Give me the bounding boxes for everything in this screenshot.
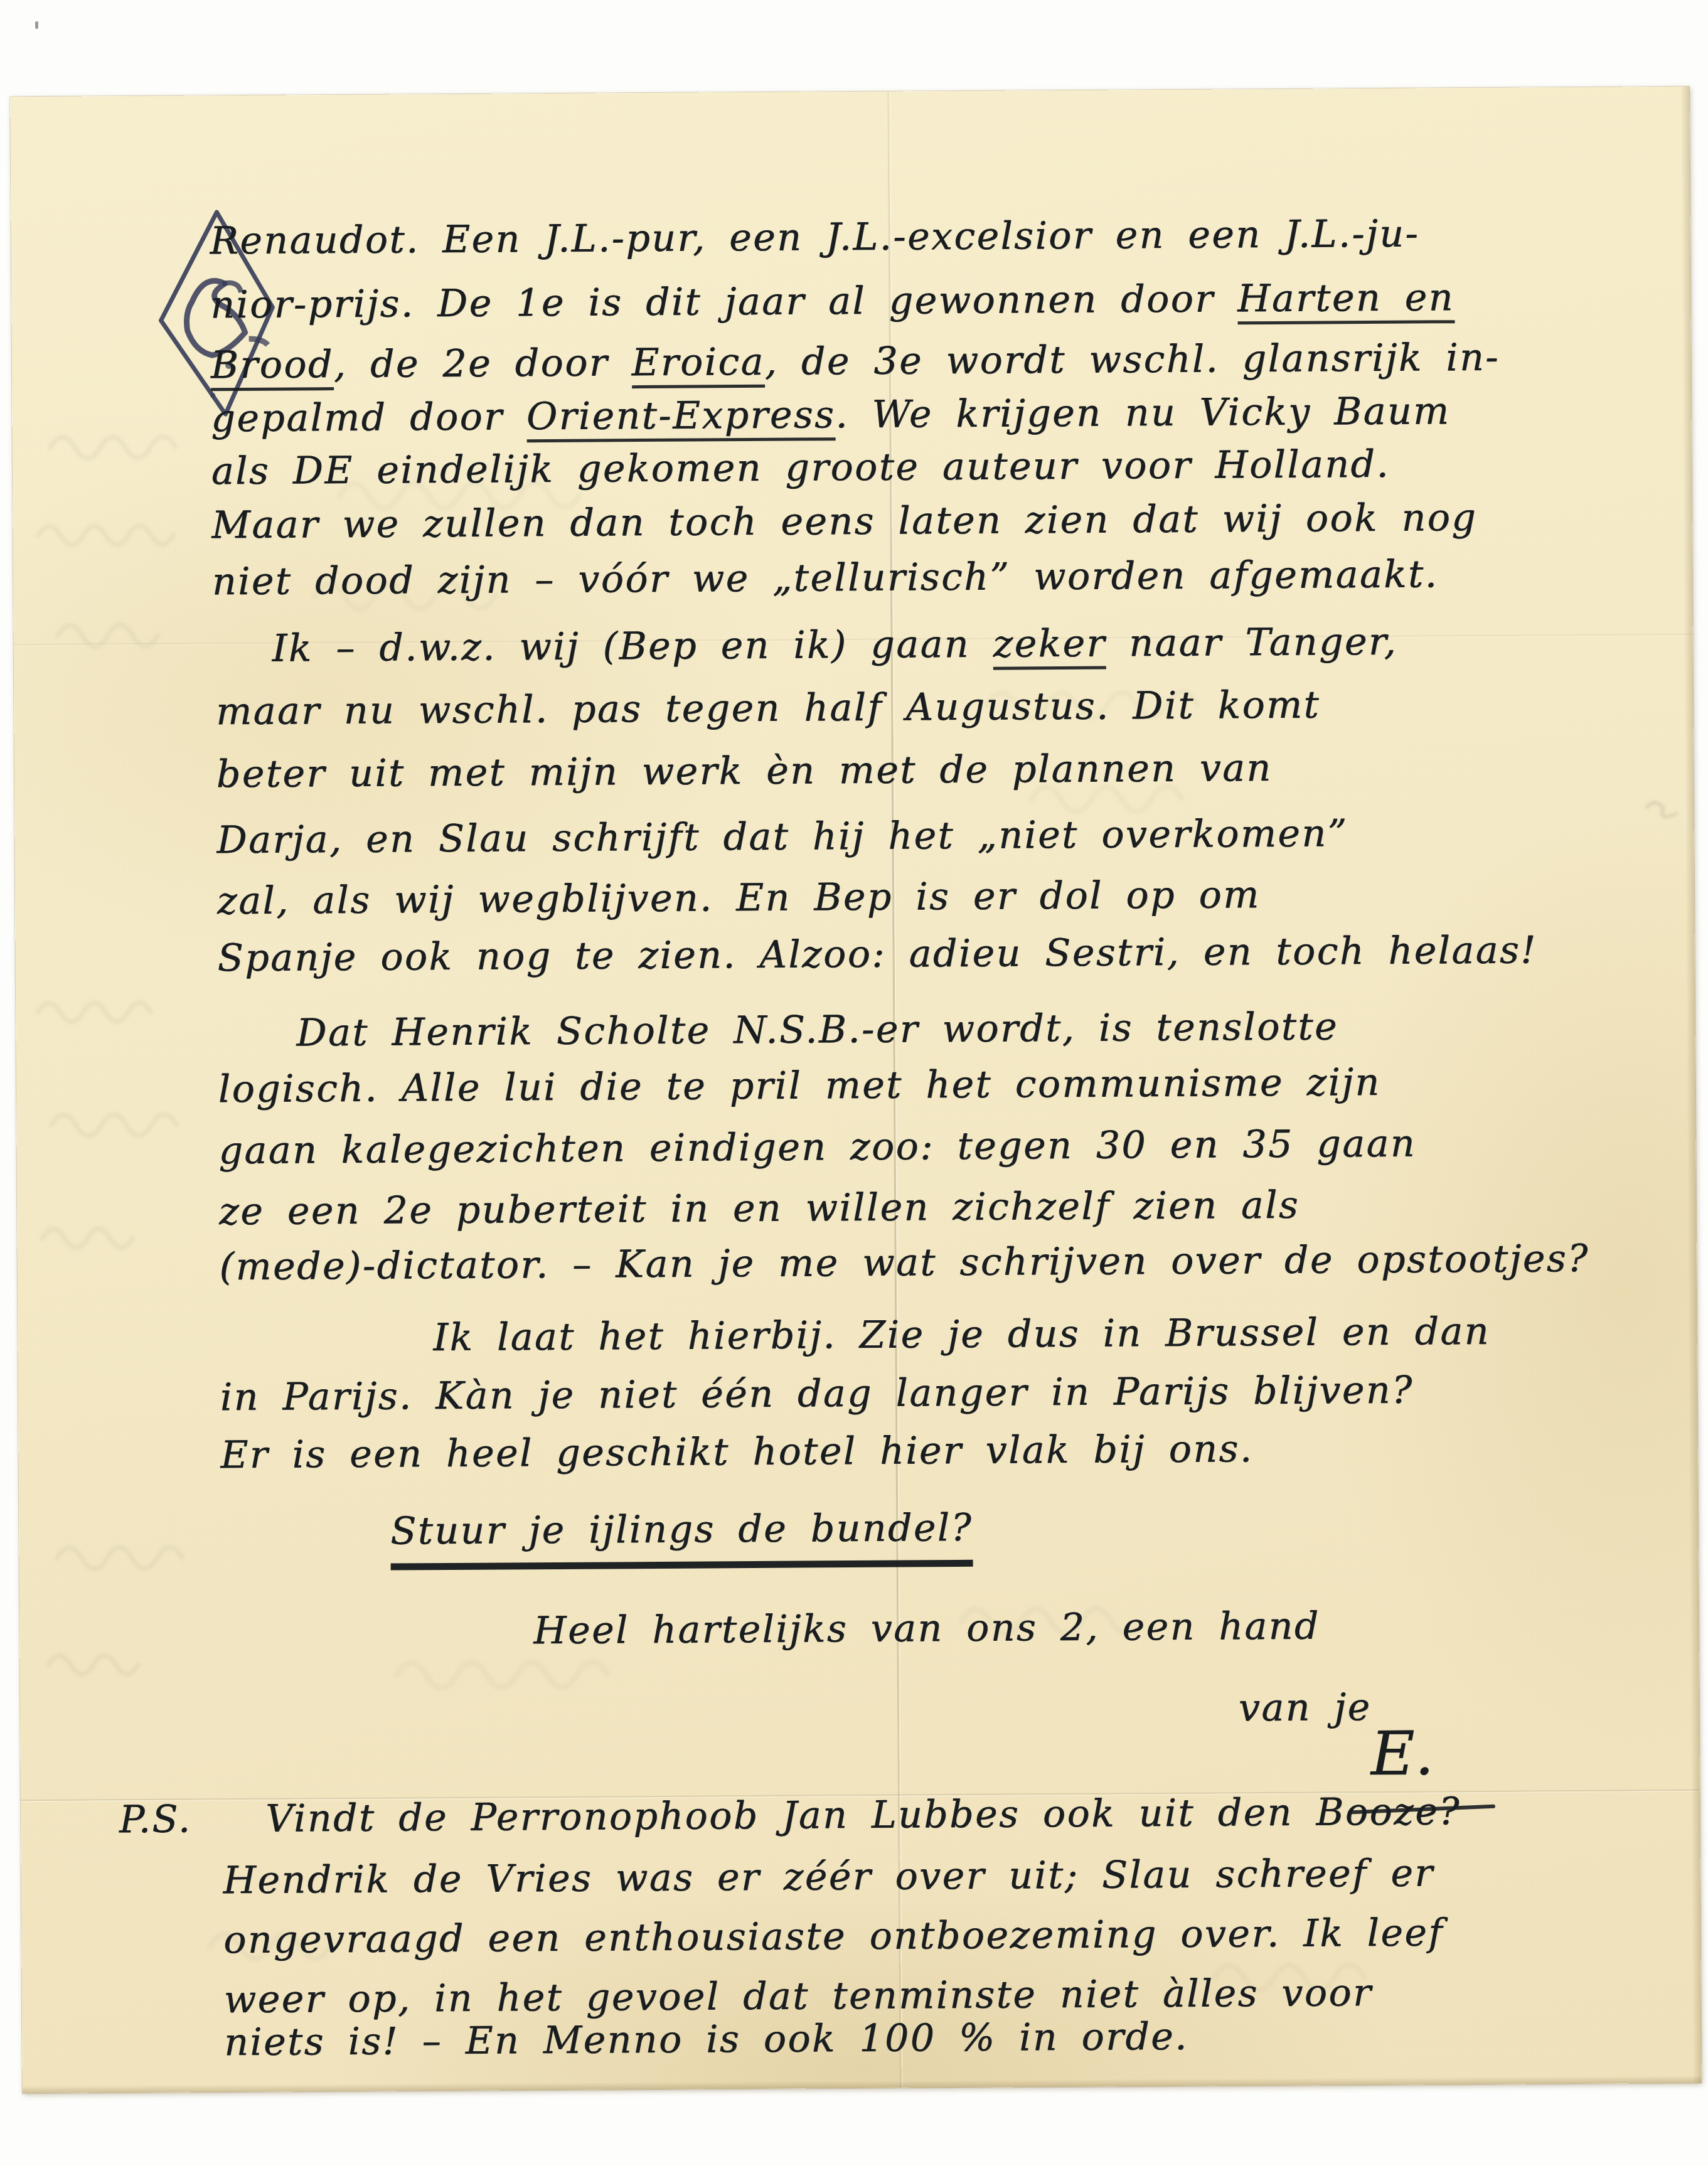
closing-line: van je xyxy=(1239,1685,1372,1730)
line-text: maar nu wschl. pas tegen half Augustus. … xyxy=(216,683,1320,734)
line-text: , de 2e door xyxy=(334,341,632,387)
handwritten-line: Renaudot. Een J.L.-pur, een J.L.-excelsi… xyxy=(210,211,1420,263)
line-text: E. xyxy=(1370,1718,1434,1789)
line-text: Ik laat het hierbij. Zie je dus in Bruss… xyxy=(433,1310,1490,1360)
line-text: . We krijgen nu Vicky Baum xyxy=(835,389,1451,437)
paper-edge-shadow-right xyxy=(1680,87,1701,2083)
handwritten-line: logisch. Alle lui die te pril met het co… xyxy=(218,1060,1381,1111)
line-text: gaan kalegezichten eindigen zoo: tegen 3… xyxy=(218,1122,1416,1173)
handwritten-line: Spanje ook nog te zien. Alzoo: adieu Ses… xyxy=(217,928,1537,980)
line-text: niets is! – En Menno is ook 100 % in ord… xyxy=(224,2015,1188,2064)
line-text: niet dood zijn – vóór we „tellurisch” wo… xyxy=(212,552,1439,604)
line-text: Heel hartelijks van ons 2, een hand xyxy=(533,1604,1320,1653)
handwritten-line: Er is een heel geschikt hotel hier vlak … xyxy=(220,1427,1253,1477)
line-text: Hendrik de Vries was er zéér over uit; S… xyxy=(223,1851,1434,1902)
line-text: beter uit met mijn werk èn met de planne… xyxy=(216,746,1273,796)
handwritten-line: gepalmd door Orient-Express. We krijgen … xyxy=(211,389,1451,440)
line-text: als DE eindelijk gekomen groote auteur v… xyxy=(211,442,1390,493)
underlined-word: zeker xyxy=(993,622,1106,670)
postscript-line: weer op, in het gevoel dat tenminste nie… xyxy=(224,1971,1373,2022)
handwritten-line: ze een 2e puberteit in en willen zichzel… xyxy=(219,1183,1300,1234)
postscript-line: ongevraagd een enthousiaste ontboezeming… xyxy=(223,1911,1444,1962)
paper-edge-shadow-bottom xyxy=(23,2076,1702,2093)
letter-paper: Renaudot. Een J.L.-pur, een J.L.-excelsi… xyxy=(10,87,1701,2093)
handwritten-line: (mede)-dictator. – Kan je me wat schrijv… xyxy=(219,1237,1589,1289)
handwritten-line: Ik laat het hierbij. Zie je dus in Bruss… xyxy=(433,1310,1490,1360)
underlined-title: Brood xyxy=(211,343,334,391)
line-text: ongevraagd een enthousiaste ontboezeming… xyxy=(223,1911,1444,1962)
postscript-line: Hendrik de Vries was er zéér over uit; S… xyxy=(223,1851,1434,1902)
line-text: logisch. Alle lui die te pril met het co… xyxy=(218,1060,1381,1111)
scan-speck xyxy=(35,21,38,29)
handwritten-line: Ik – d.w.z. wij (Bep en ik) gaan zeker n… xyxy=(272,620,1397,671)
underlined-title: Eroica xyxy=(631,340,765,388)
handwritten-line: maar nu wschl. pas tegen half Augustus. … xyxy=(216,683,1320,734)
line-text: ze een 2e puberteit in en willen zichzel… xyxy=(219,1183,1300,1234)
line-text: van je xyxy=(1239,1685,1372,1730)
handwritten-line: beter uit met mijn werk èn met de planne… xyxy=(216,746,1273,796)
line-text: Spanje ook nog te zien. Alzoo: adieu Ses… xyxy=(217,928,1537,980)
postscript-line: P.S.Vindt de Perronophoob Jan Lubbes ook… xyxy=(119,1790,1461,1842)
handwritten-line: Darja, en Slau schrijft dat hij het „nie… xyxy=(216,811,1348,862)
underlined-request: Stuur je ijlings de bundel? xyxy=(390,1506,973,1571)
handwritten-line: als DE eindelijk gekomen groote auteur v… xyxy=(211,442,1390,493)
underlined-title: Orient-Express xyxy=(526,393,836,442)
handwritten-line: zal, als wij wegblijven. En Bep is er do… xyxy=(217,873,1261,923)
line-text: in Parijs. Kàn je niet één dag langer in… xyxy=(220,1368,1414,1420)
line-text: gepalmd door xyxy=(211,395,526,440)
line-text: nior-prijs. De 1e is dit jaar al gewonne… xyxy=(210,277,1237,327)
line-text: , de 3e wordt wschl. glansrijk in- xyxy=(765,336,1500,384)
handwritten-line-emphasized: Stuur je ijlings de bundel? xyxy=(390,1506,973,1554)
line-text: Renaudot. Een J.L.-pur, een J.L.-excelsi… xyxy=(210,211,1420,263)
closing-line: Heel hartelijks van ons 2, een hand xyxy=(533,1604,1320,1653)
underlined-title: Harten en xyxy=(1237,275,1454,324)
line-text: Maar we zullen dan toch eens laten zien … xyxy=(211,496,1477,547)
line-text: weer op, in het gevoel dat tenminste nie… xyxy=(224,1971,1373,2022)
postscript-label: P.S. xyxy=(119,1797,192,1842)
postscript-line: niets is! – En Menno is ook 100 % in ord… xyxy=(224,2015,1188,2064)
line-text: (mede)-dictator. – Kan je me wat schrijv… xyxy=(219,1237,1589,1289)
line-text: Dat Henrik Scholte N.S.B.-er wordt, is t… xyxy=(296,1005,1338,1055)
handwritten-line: Brood, de 2e door Eroica, de 3e wordt ws… xyxy=(211,336,1500,388)
handwritten-line: Maar we zullen dan toch eens laten zien … xyxy=(211,496,1477,547)
handwritten-line: Dat Henrik Scholte N.S.B.-er wordt, is t… xyxy=(296,1005,1338,1055)
handwritten-line: niet dood zijn – vóór we „tellurisch” wo… xyxy=(212,552,1439,604)
line-text: Er is een heel geschikt hotel hier vlak … xyxy=(220,1427,1253,1477)
line-text: Darja, en Slau schrijft dat hij het „nie… xyxy=(216,811,1348,862)
handwritten-line: gaan kalegezichten eindigen zoo: tegen 3… xyxy=(218,1122,1416,1173)
line-text: zal, als wij wegblijven. En Bep is er do… xyxy=(217,873,1261,923)
signature-initial: E. xyxy=(1370,1718,1434,1789)
handwritten-line: in Parijs. Kàn je niet één dag langer in… xyxy=(220,1368,1414,1420)
handwritten-line: nior-prijs. De 1e is dit jaar al gewonne… xyxy=(210,275,1454,327)
line-text: Vindt de Perronophoob Jan Lubbes ook uit… xyxy=(265,1790,1461,1841)
line-text: naar Tanger, xyxy=(1106,620,1398,666)
line-text: Ik – d.w.z. wij (Bep en ik) gaan xyxy=(272,622,993,671)
